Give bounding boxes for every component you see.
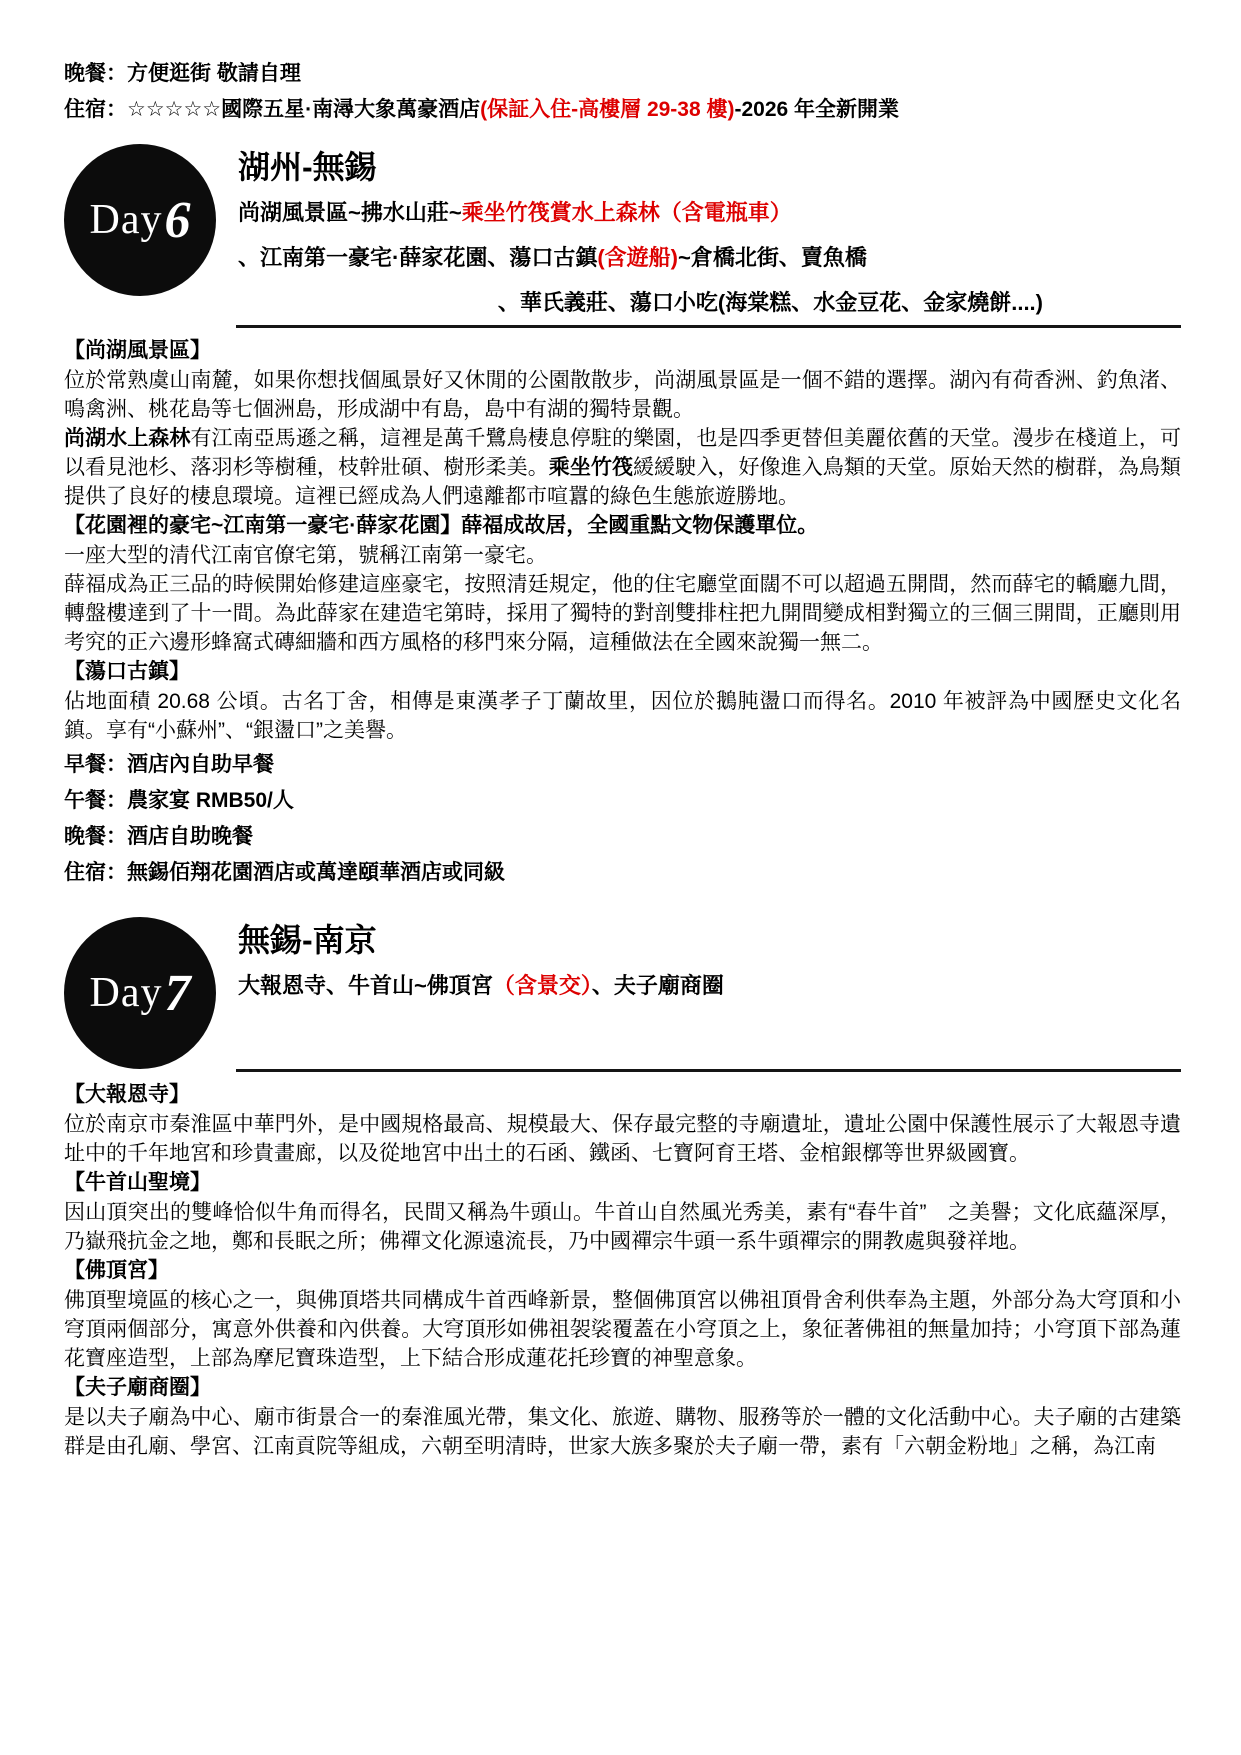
day6-dinner: 晚餐：酒店自助晚餐 xyxy=(64,819,1181,855)
day6-title: 湖州-無錫 xyxy=(238,144,1181,190)
day6-accommodation: 住宿：無錫佰翔花園酒店或萬達頤華酒店或同級 xyxy=(64,855,1181,891)
shanghu-paragraph-2: 尚湖水上森林有江南亞馬遜之稱，這裡是萬千鷺鳥棲息停駐的樂園，也是四季更替但美麗依… xyxy=(64,424,1181,511)
day7-sections: 【大報恩寺】 位於南京市秦淮區中華門外，是中國規格最高、規模最大、保存最完整的寺… xyxy=(64,1080,1181,1461)
day6-header: Day6 湖州-無錫 尚湖風景區~拂水山莊~乘坐竹筏賞水上森林（含電瓶車） 、江… xyxy=(64,144,1181,325)
day6-route-line-1: 尚湖風景區~拂水山莊~乘坐竹筏賞水上森林（含電瓶車） xyxy=(238,190,1181,235)
section-title-dangkou: 【蕩口古鎮】 xyxy=(64,657,1181,687)
fuzimiao-paragraph: 是以夫子廟為中心、廟市街景合一的秦淮風光帶，集文化、旅遊、購物、服務等於一體的文… xyxy=(64,1403,1181,1461)
day6-route-2-red: (含遊船) xyxy=(597,245,678,270)
day6-route-2-black2: ~倉橋北街、賣魚橋 xyxy=(678,245,867,270)
section-title-shanghu: 【尚湖風景區】 xyxy=(64,336,1181,366)
section-title-fodinggong: 【佛頂宮】 xyxy=(64,1256,1181,1286)
day7-badge-number: 7 xyxy=(164,964,190,1023)
accommodation-note-suffix: -2026 年全新開業 xyxy=(734,98,899,121)
dabaoen-paragraph: 位於南京市秦淮區中華門外，是中國規格最高、規模最大、保存最完整的寺廟遺址，遺址公… xyxy=(64,1110,1181,1168)
dinner-note: 晚餐：方便逛街 敬請自理 xyxy=(64,56,1181,92)
day6-badge: Day6 xyxy=(64,144,216,296)
day6-sections: 【尚湖風景區】 位於常熟虞山南麓，如果你想找個風景好又休閒的公園散散步，尚湖風景… xyxy=(64,336,1181,891)
day7-divider xyxy=(236,1069,1181,1072)
xue-garden-paragraph-2: 薛福成為正三品的時候開始修建這座豪宅，按照清廷規定，他的住宅廳堂面闊不可以超過五… xyxy=(64,570,1181,657)
day6-lunch: 午餐：農家宴 RMB50/人 xyxy=(64,783,1181,819)
section-title-niushoushan: 【牛首山聖境】 xyxy=(64,1168,1181,1198)
fodinggong-paragraph: 佛頂聖境區的核心之一，與佛頂塔共同構成牛首西峰新景，整個佛頂宮以佛祖頂骨舍利供奉… xyxy=(64,1286,1181,1373)
day7-badge-word: Day xyxy=(90,969,163,1017)
niushoushan-paragraph: 因山頂突出的雙峰恰似牛角而得名，民間又稱為牛頭山。牛首山自然風光秀美，素有“春牛… xyxy=(64,1198,1181,1256)
day6-divider xyxy=(236,325,1181,328)
section-title-dabaoen: 【大報恩寺】 xyxy=(64,1080,1181,1110)
day6-route-2-black1: 、江南第一豪宅·薛家花園、蕩口古鎮 xyxy=(238,245,597,270)
day6-badge-word: Day xyxy=(90,196,163,244)
day7-badge: Day7 xyxy=(64,917,216,1069)
day7-route-red: （含景交） xyxy=(493,973,592,998)
shanghu-bold-forest: 尚湖水上森林 xyxy=(64,427,190,450)
shanghu-paragraph-1: 位於常熟虞山南麓，如果你想找個風景好又休閒的公園散散步，尚湖風景區是一個不錯的選… xyxy=(64,366,1181,424)
section-title-fuzimiao: 【夫子廟商圈】 xyxy=(64,1373,1181,1403)
day6-route-line-3: 、華氏義莊、蕩口小吃(海棠糕、水金豆花、金家燒餅....) xyxy=(238,280,1181,325)
day7-route-black1: 大報恩寺、牛首山~佛頂宮 xyxy=(238,973,493,998)
day6-badge-number: 6 xyxy=(164,191,190,250)
day7-header-text: 無錫-南京 大報恩寺、牛首山~佛頂宮（含景交）、夫子廟商圈 xyxy=(238,917,1181,1038)
day6-breakfast: 早餐：酒店內自助早餐 xyxy=(64,747,1181,783)
day6-route-1-black: 尚湖風景區~拂水山莊~ xyxy=(238,200,462,225)
xue-garden-paragraph-1: 一座大型的清代江南官僚宅第，號稱江南第一豪宅。 xyxy=(64,541,1181,570)
itinerary-page: 晚餐：方便逛街 敬請自理 住宿：☆☆☆☆☆國際五星·南潯大象萬豪酒店(保証入住-… xyxy=(64,56,1181,1461)
day6-meals: 早餐：酒店內自助早餐 午餐：農家宴 RMB50/人 晚餐：酒店自助晚餐 住宿：無… xyxy=(64,747,1181,891)
day7-route-black2: 、夫子廟商圈 xyxy=(592,973,724,998)
dangkou-paragraph-1: 佔地面積 20.68 公頃。古名丁舍，相傳是東漢孝子丁蘭故里，因位於鵝肫盪口而得… xyxy=(64,687,1181,745)
section-title-xue-garden: 【花園裡的豪宅~江南第一豪宅·薛家花園】薛福成故居，全國重點文物保護單位。 xyxy=(64,511,1181,541)
day6-header-text: 湖州-無錫 尚湖風景區~拂水山莊~乘坐竹筏賞水上森林（含電瓶車） 、江南第一豪宅… xyxy=(238,144,1181,325)
accommodation-note: 住宿：☆☆☆☆☆國際五星·南潯大象萬豪酒店(保証入住-高樓層 29-38 樓)-… xyxy=(64,92,1181,128)
accommodation-note-guarantee: (保証入住-高樓層 29-38 樓) xyxy=(480,98,734,121)
day6-route-1-red: 乘坐竹筏賞水上森林（含電瓶車） xyxy=(462,200,792,225)
day7-header: Day7 無錫-南京 大報恩寺、牛首山~佛頂宮（含景交）、夫子廟商圈 xyxy=(64,917,1181,1069)
day6-route-line-2: 、江南第一豪宅·薛家花園、蕩口古鎮(含遊船)~倉橋北街、賣魚橋 xyxy=(238,235,1181,280)
shanghu-bold-raft: 乘坐竹筏 xyxy=(549,456,633,479)
accommodation-note-prefix: 住宿：☆☆☆☆☆國際五星·南潯大象萬豪酒店 xyxy=(64,98,480,121)
day7-title: 無錫-南京 xyxy=(238,917,1181,963)
day7-route-line: 大報恩寺、牛首山~佛頂宮（含景交）、夫子廟商圈 xyxy=(238,963,1181,1008)
